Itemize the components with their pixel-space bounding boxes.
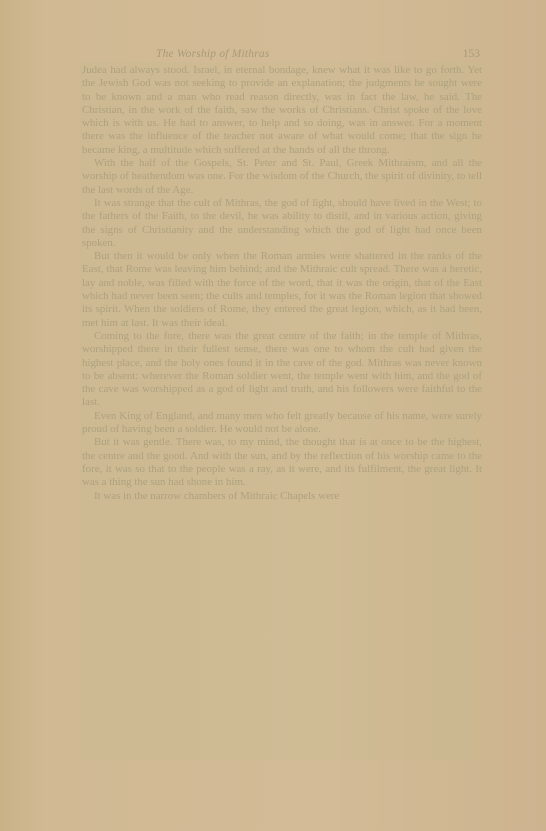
paragraph: With the half of the Gospels, St. Peter … — [82, 157, 482, 197]
paragraph: Judea had always stood. Israel, in etern… — [82, 64, 482, 157]
book-page: The Worship of Mithras 153 Judea had alw… — [0, 0, 546, 831]
page-number: 153 — [463, 48, 480, 60]
body-text: Judea had always stood. Israel, in etern… — [82, 64, 482, 503]
paragraph: But it was gentle. There was, to my mind… — [82, 436, 482, 489]
paragraph: Coming to the fore, there was the great … — [82, 330, 482, 410]
paragraph: It was strange that the cult of Mithras,… — [82, 197, 482, 250]
running-header: The Worship of Mithras 153 — [82, 48, 482, 64]
running-title: The Worship of Mithras — [156, 48, 270, 60]
paragraph: It was in the narrow chambers of Mithrai… — [82, 490, 482, 503]
paragraph: But then it would be only when the Roman… — [82, 250, 482, 330]
paragraph: Even King of England, and many men who f… — [82, 410, 482, 437]
